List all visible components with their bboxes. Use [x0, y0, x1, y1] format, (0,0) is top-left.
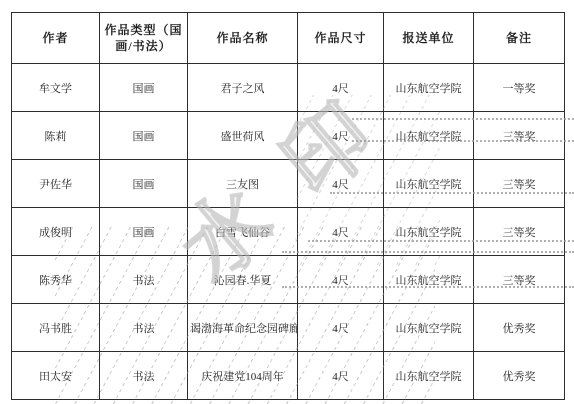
type-cell: 书法 [100, 352, 188, 400]
header-title: 作品名称 [188, 13, 298, 64]
title-cell: 君子之风 [188, 64, 298, 112]
unit-cell: 山东航空学院 [384, 208, 474, 256]
size-cell: 4尺 [298, 208, 384, 256]
awards-table: 作者 作品类型（国画/书法） 作品名称 作品尺寸 报送单位 备注 牟文学 国画 … [11, 12, 565, 400]
table-row: 冯书胜 书法 谒渤海革命纪念园碑廊 4尺 山东航空学院 优秀奖 [12, 304, 565, 352]
type-cell: 书法 [100, 304, 188, 352]
header-author: 作者 [12, 13, 100, 64]
table-row: 尹佐华 国画 三友图 4尺 山东航空学院 三等奖 [12, 160, 565, 208]
unit-cell: 山东航空学院 [384, 256, 474, 304]
unit-cell: 山东航空学院 [384, 352, 474, 400]
header-remark: 备注 [474, 13, 565, 64]
unit-cell: 山东航空学院 [384, 112, 474, 160]
remark-cell: 优秀奖 [474, 352, 565, 400]
title-cell: 沁园春.华夏 [188, 256, 298, 304]
title-cell: 谒渤海革命纪念园碑廊 [188, 304, 298, 352]
type-cell: 国画 [100, 112, 188, 160]
header-type: 作品类型（国画/书法） [100, 13, 188, 64]
remark-cell: 三等奖 [474, 208, 565, 256]
type-cell: 国画 [100, 208, 188, 256]
remark-cell: 三等奖 [474, 256, 565, 304]
title-cell: 三友图 [188, 160, 298, 208]
table-row: 牟文学 国画 君子之风 4尺 山东航空学院 一等奖 [12, 64, 565, 112]
type-cell: 国画 [100, 160, 188, 208]
header-row: 作者 作品类型（国画/书法） 作品名称 作品尺寸 报送单位 备注 [12, 13, 565, 64]
author-cell: 田太安 [12, 352, 100, 400]
author-cell: 尹佐华 [12, 160, 100, 208]
type-cell: 国画 [100, 64, 188, 112]
table-row: 田太安 书法 庆祝建党104周年 4尺 山东航空学院 优秀奖 [12, 352, 565, 400]
author-cell: 陈莉 [12, 112, 100, 160]
remark-cell: 三等奖 [474, 112, 565, 160]
size-cell: 4尺 [298, 112, 384, 160]
author-cell: 陈秀华 [12, 256, 100, 304]
size-cell: 4尺 [298, 256, 384, 304]
title-cell: 盛世荷风 [188, 112, 298, 160]
size-cell: 4尺 [298, 64, 384, 112]
author-cell: 冯书胜 [12, 304, 100, 352]
title-cell: 白雪飞仙谷 [188, 208, 298, 256]
size-cell: 4尺 [298, 160, 384, 208]
remark-cell: 一等奖 [474, 64, 565, 112]
unit-cell: 山东航空学院 [384, 160, 474, 208]
table-row: 陈莉 国画 盛世荷风 4尺 山东航空学院 三等奖 [12, 112, 565, 160]
table-row: 成俊明 国画 白雪飞仙谷 4尺 山东航空学院 三等奖 [12, 208, 565, 256]
header-unit: 报送单位 [384, 13, 474, 64]
author-cell: 牟文学 [12, 64, 100, 112]
author-cell: 成俊明 [12, 208, 100, 256]
remark-cell: 优秀奖 [474, 304, 565, 352]
remark-cell: 三等奖 [474, 160, 565, 208]
size-cell: 4尺 [298, 352, 384, 400]
unit-cell: 山东航空学院 [384, 304, 474, 352]
title-cell: 庆祝建党104周年 [188, 352, 298, 400]
unit-cell: 山东航空学院 [384, 64, 474, 112]
size-cell: 4尺 [298, 304, 384, 352]
type-cell: 书法 [100, 256, 188, 304]
table-row: 陈秀华 书法 沁园春.华夏 4尺 山东航空学院 三等奖 [12, 256, 565, 304]
header-size: 作品尺寸 [298, 13, 384, 64]
